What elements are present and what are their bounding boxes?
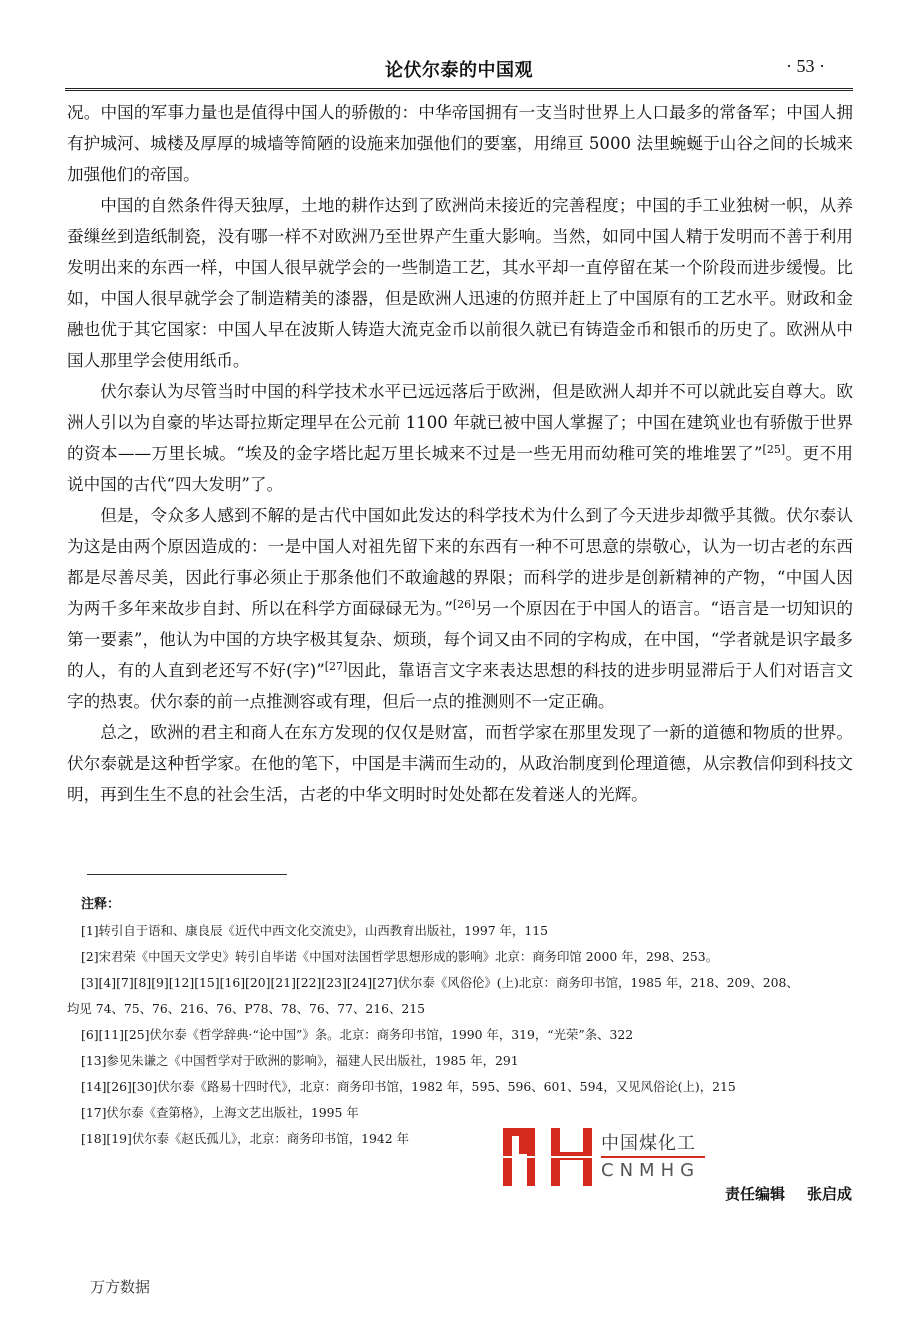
citation-ref[interactable]: [27] [325,660,348,673]
cnmhg-logo: 中国煤化工 CNMHG [503,1128,723,1188]
citation-ref[interactable]: [26] [453,598,476,611]
footnote-item: [3][4][7][8][9][12][15][16][20][21][22][… [67,970,853,1022]
footnote-text: [17]伏尔泰《查第格》，上海文艺出版社，1995 年 [81,1105,359,1120]
footnotes-title: 注释： [67,892,853,918]
paragraph-text: 伏尔泰认为尽管当时中国的科学技术水平已远远落后于欧洲，但是欧洲人却并不可以就此妄… [67,382,853,463]
logo-name-cn: 中国煤化工 [601,1129,696,1155]
footnote-text: [3][4][7][8][9][12][15][16][20][21][22][… [81,975,799,990]
running-title: 论伏尔泰的中国观 [65,56,853,82]
footnotes: 注释： [1]转引自于语和、康良辰《近代中西文化交流史》，山西教育出版社，199… [67,892,853,1152]
footnote-item: [2]宋君荣《中国天文学史》转引自毕诺《中国对法国哲学思想形成的影响》北京：商务… [67,944,853,970]
footnote-continuation: 均见 74、75、76、216、76、P78、78、76、77、216、215 [67,996,853,1022]
editor-name: 张启成 [807,1185,852,1203]
responsible-editor: 责任编辑张启成 [725,1183,852,1204]
footnote-text: [13]参见朱谦之《中国哲学对于欧洲的影响》，福建人民出版社，1985 年，29… [81,1053,519,1068]
footnote-item: [1]转引自于语和、康良辰《近代中西文化交流史》，山西教育出版社，1997 年，… [67,918,853,944]
footnote-item: [17]伏尔泰《查第格》，上海文艺出版社，1995 年 [67,1100,853,1126]
paragraph: 伏尔泰认为尽管当时中国的科学技术水平已远远落后于欧洲，但是欧洲人却并不可以就此妄… [67,376,853,500]
paragraph: 中国的自然条件得天独厚，土地的耕作达到了欧洲尚未接近的完善程度；中国的手工业独树… [67,190,853,376]
footnote-text: [1]转引自于语和、康良辰《近代中西文化交流史》，山西教育出版社，1997 年，… [81,923,548,938]
page-number: · 53 · [786,56,825,77]
footnote-item: [6][11][25]伏尔泰《哲学辞典·“论中国”》条。北京：商务印书馆，199… [67,1022,853,1048]
paragraph: 但是，令众多人感到不解的是古代中国如此发达的科学技术为什么到了今天进步却微乎其微… [67,500,853,717]
logo-underline [601,1156,705,1158]
footnote-item: [13]参见朱谦之《中国哲学对于欧洲的影响》，福建人民出版社，1985 年，29… [67,1048,853,1074]
citation-ref[interactable]: [25] [763,443,786,456]
wanfang-watermark: 万方数据 [90,1276,150,1297]
article-body: 况。中国的军事力量也是值得中国人的骄傲的：中华帝国拥有一支当时世界上人口最多的常… [67,97,853,810]
footnote-item: [14][26][30]伏尔泰《路易十四时代》，北京：商务印书馆，1982 年，… [67,1074,853,1100]
page-header: 论伏尔泰的中国观 · 53 · [65,50,853,91]
footnote-text: [18][19]伏尔泰《赵氏孤儿》，北京：商务印书馆，1942 年 [81,1131,409,1146]
editor-label: 责任编辑 [725,1185,785,1203]
footnote-divider [87,874,287,875]
footnote-item: [18][19]伏尔泰《赵氏孤儿》，北京：商务印书馆，1942 年 [67,1126,853,1152]
footnote-text: [6][11][25]伏尔泰《哲学辞典·“论中国”》条。北京：商务印书馆，199… [81,1027,633,1042]
logo-name-en: CNMHG [601,1160,700,1181]
footnote-text: [2]宋君荣《中国天文学史》转引自毕诺《中国对法国哲学思想形成的影响》北京：商务… [81,949,718,964]
paragraph: 况。中国的军事力量也是值得中国人的骄傲的：中华帝国拥有一支当时世界上人口最多的常… [67,97,853,190]
footnote-text: [14][26][30]伏尔泰《路易十四时代》，北京：商务印书馆，1982 年，… [81,1079,736,1094]
paragraph: 总之，欧洲的君主和商人在东方发现的仅仅是财富，而哲学家在那里发现了一新的道德和物… [67,717,853,810]
mh-logo-icon [503,1128,595,1186]
